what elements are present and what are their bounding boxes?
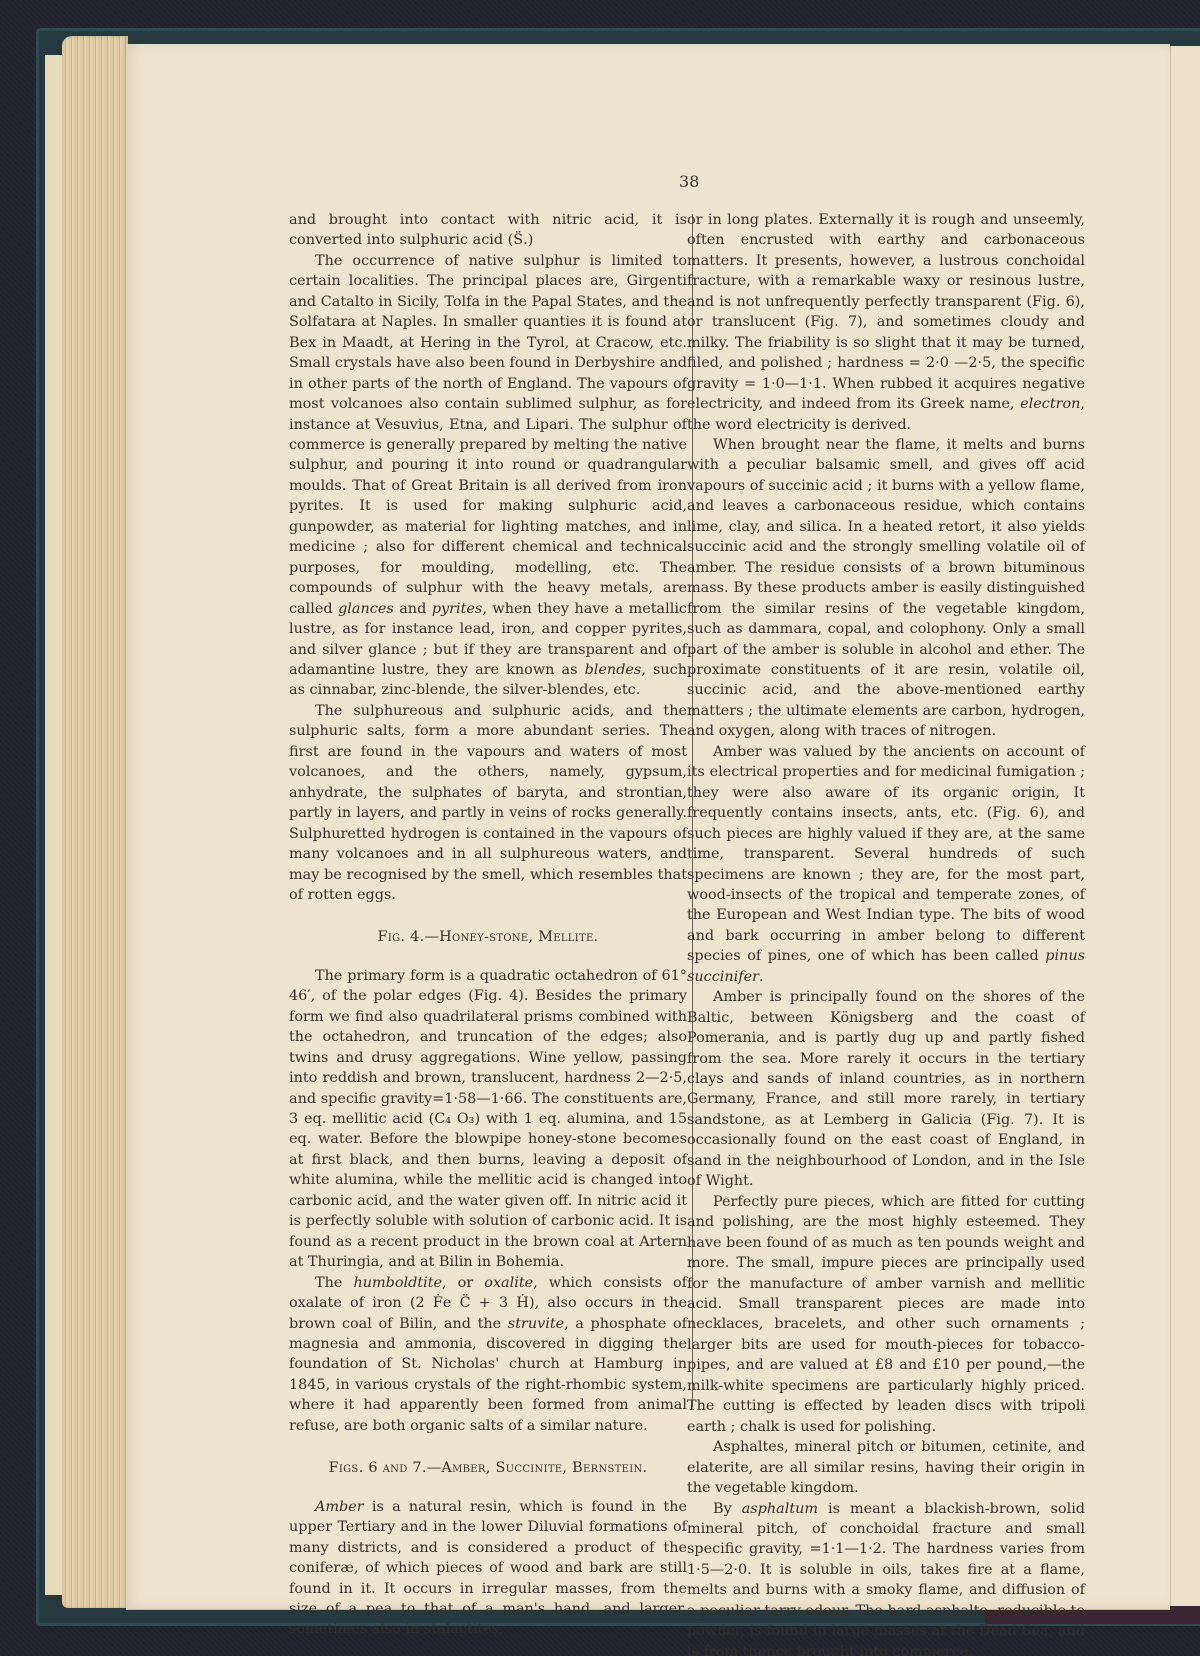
text: , a phosphate of magnesia and ammonia, d…	[289, 1316, 687, 1434]
paragraph: Asphaltes, mineral pitch or bitumen, cet…	[687, 1437, 1085, 1498]
text: is a natural resin, which is found in th…	[289, 1499, 687, 1638]
paragraph: Perfectly pure pieces, which are fitted …	[687, 1192, 1085, 1437]
paragraph: The sulphureous and sulphuric acids, and…	[289, 701, 687, 906]
page-stack-edge	[62, 36, 128, 1608]
italic-term: humboldtite	[353, 1275, 442, 1291]
text: or in long plates. Externally it is roug…	[687, 212, 1085, 412]
paragraph: and brought into contact with nitric aci…	[289, 210, 687, 251]
paragraph: The occurrence of native sulphur is limi…	[289, 251, 687, 701]
text: is meant a blackish-brown, solid mineral…	[687, 1501, 1085, 1656]
italic-term: electron	[1020, 396, 1080, 412]
text: .	[759, 969, 764, 985]
text: Amber was valued by the ancients on acco…	[687, 744, 1085, 965]
section-heading: Figs. 6 and 7.—Amber, Succinite, Bernste…	[289, 1458, 687, 1478]
page-number: 38	[679, 172, 699, 191]
left-column: and brought into contact with nitric aci…	[289, 210, 687, 1640]
paragraph: The humboldtite, or oxalite, which consi…	[289, 1273, 687, 1437]
text: The	[315, 1275, 353, 1291]
facing-page-edge	[1170, 46, 1200, 1606]
italic-term: oxalite	[484, 1275, 533, 1291]
text: The occurrence of native sulphur is limi…	[289, 253, 687, 617]
text: By	[713, 1501, 742, 1517]
paragraph: By asphaltum is meant a blackish-brown, …	[687, 1499, 1085, 1656]
paragraph: Amber was valued by the ancients on acco…	[687, 742, 1085, 987]
endpaper	[45, 55, 63, 1595]
right-column: or in long plates. Externally it is roug…	[687, 210, 1085, 1656]
italic-term: pyrites	[432, 601, 483, 617]
paragraph: When brought near the flame, it melts an…	[687, 435, 1085, 742]
text: and	[394, 601, 432, 617]
paragraph: or in long plates. Externally it is roug…	[687, 210, 1085, 435]
italic-term: struvite	[508, 1316, 564, 1332]
section-heading: Fig. 4.—Honey-stone, Mellite.	[289, 927, 687, 947]
paragraph: The primary form is a quadratic octahedr…	[289, 966, 687, 1273]
paragraph: Amber is principally found on the shores…	[687, 987, 1085, 1192]
italic-term: glances	[338, 601, 394, 617]
italic-term: blendes	[585, 662, 642, 678]
paragraph: Amber is a natural resin, which is found…	[289, 1497, 687, 1640]
text: , or	[442, 1275, 484, 1291]
italic-term: asphaltum	[742, 1501, 818, 1517]
italic-term: Amber	[315, 1499, 364, 1515]
